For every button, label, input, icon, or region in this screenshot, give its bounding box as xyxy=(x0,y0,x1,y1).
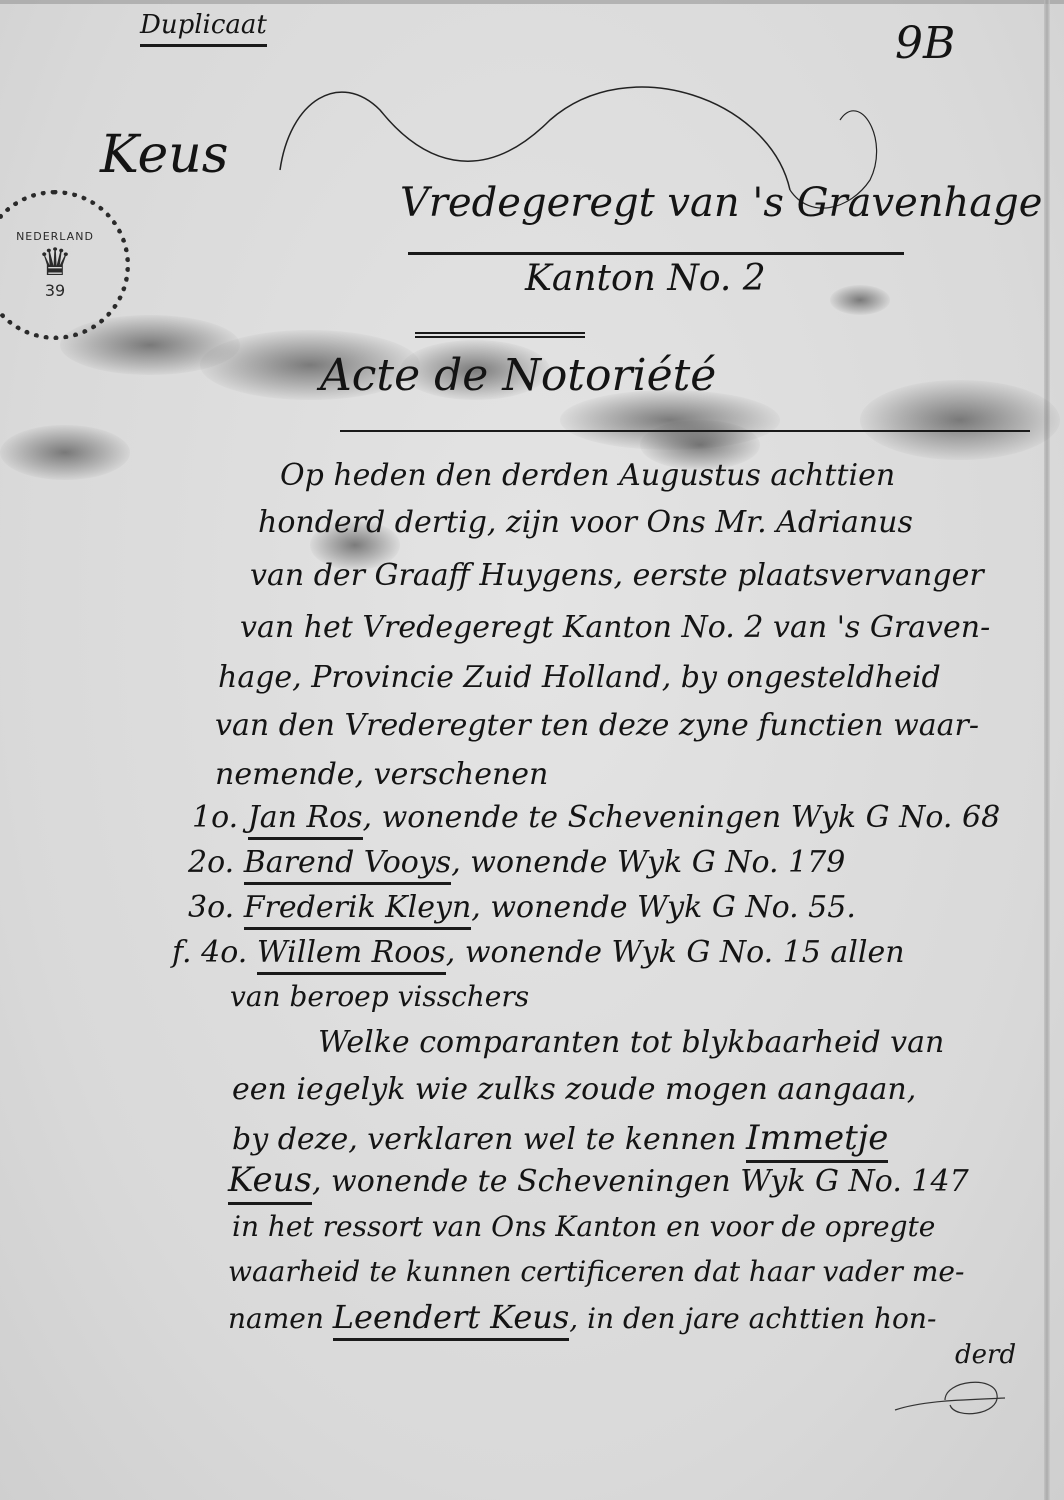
title-rule-bottom xyxy=(340,430,1030,432)
text-line-3: van der Graaff Huygens, eerste plaatsver… xyxy=(250,558,984,593)
line-text: Op heden den derden Augustus achttien xyxy=(280,458,895,493)
witness-address: , wonende Wyk G No. 179 xyxy=(451,845,845,880)
body-line-7: namen Leendert Keus, in den jare achttie… xyxy=(228,1298,936,1336)
witness-3: 3o. Frederik Kleyn, wonende Wyk G No. 55… xyxy=(188,890,856,925)
witness-name: Barend Vooys xyxy=(244,845,451,885)
father-name: Leendert Keus xyxy=(333,1298,570,1341)
person-name: Immetje xyxy=(746,1118,888,1163)
line-text: , in den jare achttien hon- xyxy=(569,1302,936,1335)
closing-flourish xyxy=(885,1370,1025,1430)
witness-2: 2o. Barend Vooys, wonende Wyk G No. 179 xyxy=(188,845,845,880)
body-line-6: waarheid te kunnen certificeren dat haar… xyxy=(228,1255,964,1288)
crown-icon: ♛ xyxy=(38,243,72,281)
witness-address: , wonende Wyk G No. 55. xyxy=(471,890,856,925)
margin-note: Keus xyxy=(100,125,228,185)
text-line-4: van het Vredegeregt Kanton No. 2 van 's … xyxy=(240,610,990,645)
witness-name: Jan Ros xyxy=(248,800,363,840)
document-title: Acte de Notoriété xyxy=(320,350,716,401)
line-text: , wonende te Scheveningen Wyk G No. 147 xyxy=(312,1164,969,1199)
court-subheading: Kanton No. 2 xyxy=(525,258,766,299)
ink-smudge xyxy=(0,425,130,480)
heading-rule xyxy=(408,252,904,255)
body-line-4: Keus, wonende te Scheveningen Wyk G No. … xyxy=(228,1160,969,1200)
line-text: by deze, verklaren wel te kennen xyxy=(232,1122,737,1157)
person-surname: Keus xyxy=(228,1160,312,1205)
witness-4: f. 4o. Willem Roos, wonende Wyk G No. 15… xyxy=(172,935,905,970)
duplicate-annotation: Duplicaat xyxy=(140,10,267,47)
scanned-document-page: NEDERLAND ♛ 39 Duplicaat 9B Keus Vredege… xyxy=(0,0,1064,1500)
witness-number: 2o. xyxy=(188,845,234,880)
body-line-5: in het ressort van Ons Kanton en voor de… xyxy=(232,1210,935,1243)
witness-address: , wonende Wyk G No. 15 allen xyxy=(446,935,905,970)
scan-edge-right xyxy=(1044,0,1050,1500)
margin-mark: f. xyxy=(172,935,192,970)
witness-occupation: van beroep visschers xyxy=(230,980,529,1013)
title-rule-top xyxy=(415,336,585,338)
body-line-2: een iegelyk wie zulks zoude mogen aangaa… xyxy=(232,1072,916,1107)
text-line-7: nemende, verschenen xyxy=(215,757,548,792)
text-line-1: Op heden den derden Augustus achttien xyxy=(280,435,895,509)
line-text: namen xyxy=(228,1302,324,1335)
witness-1: 1o. Jan Ros, wonende te Scheveningen Wyk… xyxy=(192,800,1000,835)
text-line-5: hage, Provincie Zuid Holland, by ongeste… xyxy=(218,660,941,695)
ink-smudge xyxy=(830,285,890,315)
catchword: derd xyxy=(955,1340,1016,1370)
witness-number: 3o. xyxy=(188,890,234,925)
witness-address: , wonende te Scheveningen Wyk G No. 68 xyxy=(363,800,1001,835)
witness-number: 1o. xyxy=(192,800,238,835)
text-line-6: van den Vrederegter ten deze zyne functi… xyxy=(215,708,979,743)
witness-number: 4o. xyxy=(201,935,247,970)
body-line-3: by deze, verklaren wel te kennen Immetje xyxy=(232,1118,888,1158)
witness-name: Frederik Kleyn xyxy=(244,890,472,930)
stamp-value: 39 xyxy=(45,281,65,300)
text-line-2: honderd dertig, zijn voor Ons Mr. Adrian… xyxy=(258,505,913,540)
title-rule-top xyxy=(415,332,585,334)
calligraphic-swash xyxy=(250,60,950,280)
body-line-1: Welke comparanten tot blykbaarheid van xyxy=(318,1025,944,1060)
scan-edge-top xyxy=(0,0,1064,4)
witness-name: Willem Roos xyxy=(257,935,446,975)
court-heading: Vredegeregt van 's Gravenhage xyxy=(400,180,1042,226)
